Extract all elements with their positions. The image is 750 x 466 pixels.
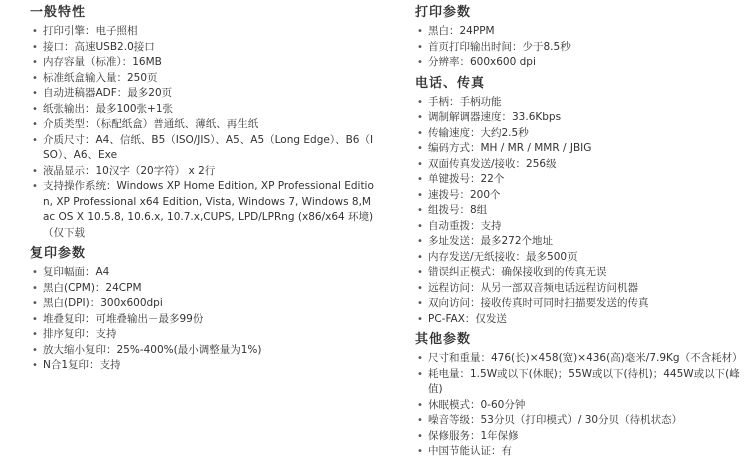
list-item: •多址发送：最多272个地址 [415, 234, 745, 250]
spec-list: •复印幅面：A4 •黑白(CPM)：24CPM •黑白(DPI)：300x600… [30, 265, 375, 374]
list-item: •错误纠正模式：确保接收到的传真无误 [415, 265, 745, 281]
list-item: •堆叠复印：可堆叠输出－最多99份 [30, 312, 375, 328]
bullet-icon: • [32, 179, 38, 195]
bullet-icon: • [32, 71, 38, 87]
list-item: •自动进稿器ADF：最多20页 [30, 86, 375, 102]
list-item: •打印引擎：电子照相 [30, 24, 375, 40]
list-item: •分辨率：600x600 dpi [415, 55, 745, 71]
bullet-icon: • [32, 281, 38, 297]
list-item: •N合1复印：支持 [30, 358, 375, 374]
list-item: •介质尺寸：A4、信纸、B5（ISO/JIS）、A5、A5（Long Edge）… [30, 133, 375, 164]
left-column: 一般特性 •打印引擎：电子照相 •接口：高速USB2.0接口 •内存容量（标准）… [30, 4, 375, 378]
list-item: •调制解调器速度：33.6Kbps [415, 110, 745, 126]
list-item: •内存发送/无纸接收：最多500页 [415, 250, 745, 266]
list-item: •标准纸盒输入量：250页 [30, 71, 375, 87]
bullet-icon: • [417, 265, 423, 281]
bullet-icon: • [417, 126, 423, 142]
bullet-icon: • [417, 203, 423, 219]
spec-list: •打印引擎：电子照相 •接口：高速USB2.0接口 •内存容量（标准）：16MB… [30, 24, 375, 241]
bullet-icon: • [32, 102, 38, 118]
bullet-icon: • [32, 312, 38, 328]
bullet-icon: • [417, 55, 423, 71]
bullet-icon: • [417, 296, 423, 312]
list-item: •复印幅面：A4 [30, 265, 375, 281]
spec-list: •黑白：24PPM •首页打印输出时间：少于8.5秒 •分辨率：600x600 … [415, 24, 745, 71]
bullet-icon: • [417, 312, 423, 328]
bullet-icon: • [417, 281, 423, 297]
section-title: 电话、传真 [415, 75, 745, 93]
bullet-icon: • [32, 358, 38, 374]
spec-list: •尺寸和重量：476(长)×458(宽)×436(高)毫米/7.9Kg（不含耗材… [415, 351, 745, 460]
bullet-icon: • [32, 24, 38, 40]
right-column: 打印参数 •黑白：24PPM •首页打印输出时间：少于8.5秒 •分辨率：600… [415, 4, 745, 464]
list-item: •接口：高速USB2.0接口 [30, 40, 375, 56]
bullet-icon: • [417, 40, 423, 56]
list-item: •保修服务：1年保修 [415, 429, 745, 445]
bullet-icon: • [32, 265, 38, 281]
section-copy: 复印参数 •复印幅面：A4 •黑白(CPM)：24CPM •黑白(DPI)：30… [30, 245, 375, 374]
list-item: •速拨号：200个 [415, 188, 745, 204]
list-item: •噪音等级：53分贝（打印模式）/ 30分贝（待机状态） [415, 413, 745, 429]
list-item: •支持操作系统：Windows XP Home Edition, XP Prof… [30, 179, 375, 241]
bullet-icon: • [32, 164, 38, 180]
bullet-icon: • [417, 95, 423, 111]
spec-list: •手柄：手柄功能 •调制解调器速度：33.6Kbps •传输速度：大约2.5秒 … [415, 95, 745, 328]
bullet-icon: • [32, 296, 38, 312]
bullet-icon: • [32, 327, 38, 343]
list-item: •自动重拨：支持 [415, 219, 745, 235]
bullet-icon: • [417, 157, 423, 173]
list-item: •手柄：手柄功能 [415, 95, 745, 111]
list-item: •黑白：24PPM [415, 24, 745, 40]
bullet-icon: • [32, 40, 38, 56]
bullet-icon: • [417, 250, 423, 266]
bullet-icon: • [32, 343, 38, 359]
list-item: •远程访问：从另一部双音频电话远程访问机器 [415, 281, 745, 297]
bullet-icon: • [417, 234, 423, 250]
list-item: •纸张输出：最多100张+1张 [30, 102, 375, 118]
list-item: •液晶显示：10汉字（20字符） x 2行 [30, 164, 375, 180]
list-item: •双面传真发送/接收：256级 [415, 157, 745, 173]
bullet-icon: • [32, 86, 38, 102]
bullet-icon: • [417, 398, 423, 414]
list-item: •放大缩小复印：25%-400%(最小调整量为1%) [30, 343, 375, 359]
bullet-icon: • [417, 367, 423, 383]
bullet-icon: • [32, 55, 38, 71]
list-item: •休眠模式：0-60分钟 [415, 398, 745, 414]
bullet-icon: • [32, 133, 38, 149]
bullet-icon: • [32, 117, 38, 133]
bullet-icon: • [417, 219, 423, 235]
list-item: •内存容量（标准）：16MB [30, 55, 375, 71]
section-title: 其他参数 [415, 331, 745, 349]
list-item: •尺寸和重量：476(长)×458(宽)×436(高)毫米/7.9Kg（不含耗材… [415, 351, 745, 367]
list-item: •黑白(CPM)：24CPM [30, 281, 375, 297]
bullet-icon: • [417, 444, 423, 460]
list-item: •单键拨号：22个 [415, 172, 745, 188]
bullet-icon: • [417, 188, 423, 204]
section-print: 打印参数 •黑白：24PPM •首页打印输出时间：少于8.5秒 •分辨率：600… [415, 4, 745, 71]
section-phone-fax: 电话、传真 •手柄：手柄功能 •调制解调器速度：33.6Kbps •传输速度：大… [415, 75, 745, 328]
list-item: •编码方式：MH / MR / MMR / JBIG [415, 141, 745, 157]
section-general: 一般特性 •打印引擎：电子照相 •接口：高速USB2.0接口 •内存容量（标准）… [30, 4, 375, 241]
section-title: 一般特性 [30, 4, 375, 22]
list-item: •PC-FAX：仅发送 [415, 312, 745, 328]
section-title: 复印参数 [30, 245, 375, 263]
list-item: •传输速度：大约2.5秒 [415, 126, 745, 142]
bullet-icon: • [417, 413, 423, 429]
list-item: •排序复印：支持 [30, 327, 375, 343]
bullet-icon: • [417, 429, 423, 445]
list-item: •耗电量：1.5W或以下(休眠)；55W或以下(待机)；445W或以下(峰值) [415, 367, 745, 398]
list-item: •组拨号：8组 [415, 203, 745, 219]
section-title: 打印参数 [415, 4, 745, 22]
bullet-icon: • [417, 141, 423, 157]
bullet-icon: • [417, 351, 423, 367]
bullet-icon: • [417, 24, 423, 40]
section-other: 其他参数 •尺寸和重量：476(长)×458(宽)×436(高)毫米/7.9Kg… [415, 331, 745, 460]
bullet-icon: • [417, 172, 423, 188]
bullet-icon: • [417, 110, 423, 126]
list-item: •黑白(DPI)：300x600dpi [30, 296, 375, 312]
list-item: •中国节能认证：有 [415, 444, 745, 460]
list-item: •首页打印输出时间：少于8.5秒 [415, 40, 745, 56]
list-item: •双向访问：接收传真时可同时扫描要发送的传真 [415, 296, 745, 312]
list-item: •介质类型：（标配纸盒）普通纸、薄纸、再生纸 [30, 117, 375, 133]
